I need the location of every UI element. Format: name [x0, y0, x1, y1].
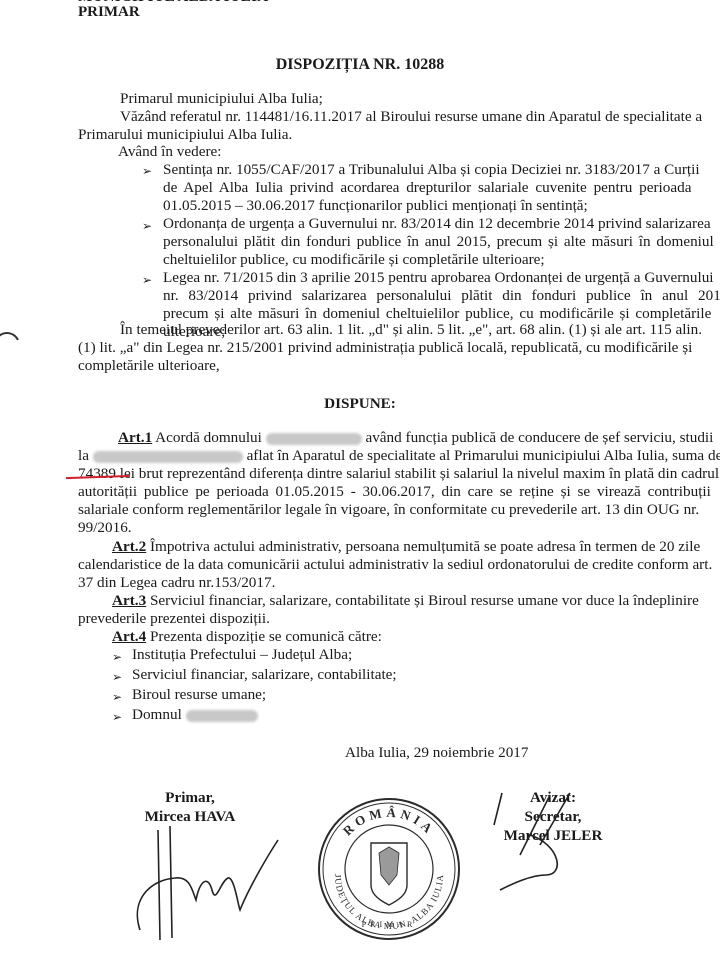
legal-basis-line-3: completările ulterioare,: [78, 356, 220, 375]
recipient-4-text: Domnul: [132, 706, 182, 723]
art4-text: Prezenta dispoziție se comunică către:: [150, 628, 382, 645]
bullet-2-line-3: cheltuielilor publice, cu modificările ș…: [163, 250, 545, 269]
art1-line-6: 99/2016.: [78, 518, 132, 537]
stamp-center-text: PRIMAR: [362, 920, 417, 929]
art3-text: Serviciul financiar, salarizare, contabi…: [150, 592, 699, 609]
arrow-bullet-icon: ➢: [142, 217, 152, 236]
recipient-4: Domnul: [132, 705, 258, 724]
bullet-1-line-3: 01.05.2015 – 30.06.2017 funcționarilor p…: [163, 196, 588, 215]
art1-line-3: 74389 lei brut reprezentând diferența di…: [78, 464, 719, 483]
art2-line-2: calendaristice de la data comunicării ac…: [78, 555, 712, 574]
arrow-bullet-icon: ➢: [142, 162, 152, 181]
art1-line-5: salariale conform reglementărilor legale…: [78, 500, 699, 519]
bullet-3-line-2: nr. 83/2014 privind salarizarea personal…: [163, 286, 720, 305]
secretary-signature-icon: [490, 785, 610, 895]
art1-label: Art.1: [118, 429, 152, 446]
recipient-3: Biroul resurse umane;: [132, 685, 266, 704]
redacted-studies: [93, 451, 243, 463]
bullet-1-line-1: Sentința nr. 1055/CAF/2017 a Tribunalulu…: [163, 160, 700, 179]
place-date: Alba Iulia, 29 noiembrie 2017: [345, 743, 528, 762]
art2-label: Art.2: [112, 538, 146, 555]
arrow-bullet-icon: ➢: [112, 688, 122, 707]
art1-text-a: Acordă domnului: [155, 429, 262, 446]
art1-line-1: Art.1 Acordă domnului având funcția publ…: [118, 428, 713, 447]
arrow-bullet-icon: ➢: [112, 648, 122, 667]
legal-basis-line-1: În temeiul prevederilor art. 63 alin. 1 …: [120, 320, 702, 339]
art1-line-4: autorității publice pe perioada 01.05.20…: [78, 482, 711, 501]
bullet-2-line-2: personalului plătit din fonduri publice …: [163, 232, 714, 251]
art1-text-la: la: [78, 447, 89, 464]
recipient-2: Serviciul financiar, salarizare, contabi…: [132, 665, 397, 684]
document-title: DISPOZIȚIA NR. 10288: [0, 55, 720, 74]
art2-line-1: Art.2 Împotriva actului administrativ, p…: [112, 537, 700, 556]
art1-text-b: având funcția publică de conducere de șe…: [365, 429, 713, 446]
mayor-signature-icon: [130, 820, 290, 940]
svg-text:ROMÂNIA: ROMÂNIA: [340, 805, 438, 839]
stamp-top-text: ROMÂNIA: [340, 805, 438, 839]
art4-line-1: Art.4 Prezenta dispoziție se comunică că…: [112, 627, 382, 646]
redacted-name: [186, 710, 258, 722]
bullet-2-line-1: Ordonanța de urgența a Guvernului nr. 83…: [163, 214, 711, 233]
arrow-bullet-icon: ➢: [112, 708, 122, 727]
art3-label: Art.3: [112, 592, 146, 609]
considering-label: Având în vedere:: [118, 142, 221, 161]
art1-text-d: brut reprezentând diferența dintre salar…: [139, 465, 719, 482]
arrow-bullet-icon: ➢: [142, 271, 152, 290]
official-stamp: ROMÂNIA JUDEȚUL ALBA MUN. ALBA IULIA PRI…: [315, 795, 463, 943]
arrow-bullet-icon: ➢: [112, 668, 122, 687]
art1-line-2: la aflat în Aparatul de specialitate al …: [78, 446, 720, 465]
art3-line-1: Art.3 Serviciul financiar, salarizare, c…: [112, 591, 699, 610]
dispune-heading: DISPUNE:: [0, 394, 720, 413]
art2-line-3: 37 din Legea cadru nr.153/2017.: [78, 573, 275, 592]
recipient-1: Instituția Prefectului – Județul Alba;: [132, 645, 352, 664]
art3-line-2: prevederile prezentei dispoziții.: [78, 609, 270, 628]
margin-punch-mark: [0, 328, 24, 361]
bullet-1-line-2: de Apel Alba Iulia privind acordarea dre…: [163, 178, 691, 197]
legal-basis-line-2: (1) lit. „a" din Legea nr. 215/2001 priv…: [78, 338, 692, 357]
document-page: MUNICIPIUL ALBA IULIA PRIMAR DISPOZIȚIA …: [0, 0, 720, 960]
bullet-3-line-1: Legea nr. 71/2015 din 3 aprilie 2015 pen…: [163, 268, 714, 287]
art4-label: Art.4: [112, 628, 146, 645]
art1-text-c: aflat în Aparatul de specialitate al Pri…: [247, 447, 720, 464]
preamble-line-1: Primarul municipiului Alba Iulia;: [120, 89, 323, 108]
preamble-line-2a: Văzând referatul nr. 114481/16.11.2017 a…: [120, 107, 702, 126]
office-name: PRIMAR: [78, 3, 140, 22]
redacted-name: [266, 433, 362, 445]
art2-text: Împotriva actului administrativ, persoan…: [150, 538, 700, 555]
mayor-role: Primar,: [130, 788, 250, 807]
amount-value: 74389 lei: [78, 465, 135, 482]
